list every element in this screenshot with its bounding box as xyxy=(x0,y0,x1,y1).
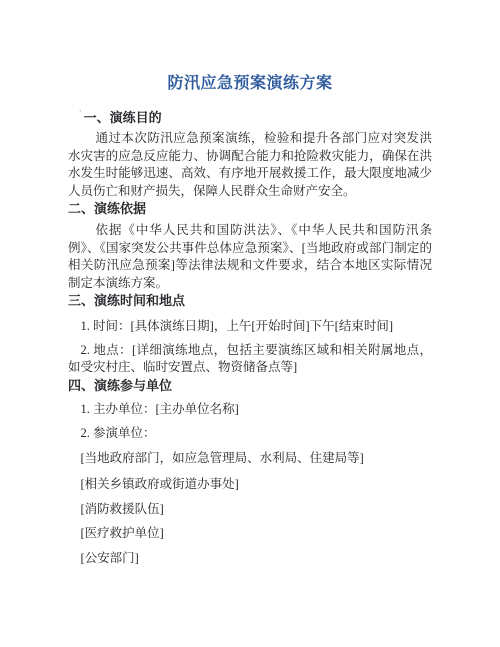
section-heading-1-label: 一、演练目的 xyxy=(84,110,162,125)
list-item-gov-departments: [当地政府部门，如应急管理局、水利局、住建局等] xyxy=(68,450,432,468)
document-page: 防汛应急预案演练方案 ˋ一、演练目的 通过本次防汛应急预案演练，检验和提升各部门… xyxy=(0,0,500,647)
list-item-fire-rescue: [消防救援队伍] xyxy=(68,501,432,519)
document-content: 防汛应急预案演练方案 ˋ一、演练目的 通过本次防汛应急预案演练，检验和提升各部门… xyxy=(0,0,500,567)
document-title: 防汛应急预案演练方案 xyxy=(68,0,432,94)
section-heading-2: 二、演练依据 xyxy=(68,200,432,217)
paragraph-purpose: 通过本次防汛应急预案演练，检验和提升各部门应对突发洪水灾害的应急反应能力、协调配… xyxy=(68,130,432,200)
section-heading-4: 四、演练参与单位 xyxy=(68,377,432,394)
list-item-time: 1. 时间：[具体演练日期]，上午[开始时间]下午[结束时间] xyxy=(68,318,432,336)
list-item-participants: 2. 参演单位： xyxy=(68,425,432,443)
stray-mark: ˋ xyxy=(79,109,82,118)
section-heading-3: 三、演练时间和地点 xyxy=(68,292,432,309)
list-item-organizer: 1. 主办单位：[主办单位名称] xyxy=(68,401,432,419)
list-item-police: [公安部门] xyxy=(68,550,432,568)
list-item-townships: [相关乡镇政府或街道办事处] xyxy=(68,476,432,494)
section-heading-1: ˋ一、演练目的 xyxy=(79,105,432,126)
list-item-medical: [医疗救护单位] xyxy=(68,525,432,543)
list-item-location: 2. 地点：[详细演练地点，包括主要演练区域和相关附属地点，如受灾村庄、临时安置… xyxy=(68,342,432,377)
paragraph-basis: 依据《中华人民共和国防洪法》、《中华人民共和国防汛条例》、《国家突发公共事件总体… xyxy=(68,222,432,292)
